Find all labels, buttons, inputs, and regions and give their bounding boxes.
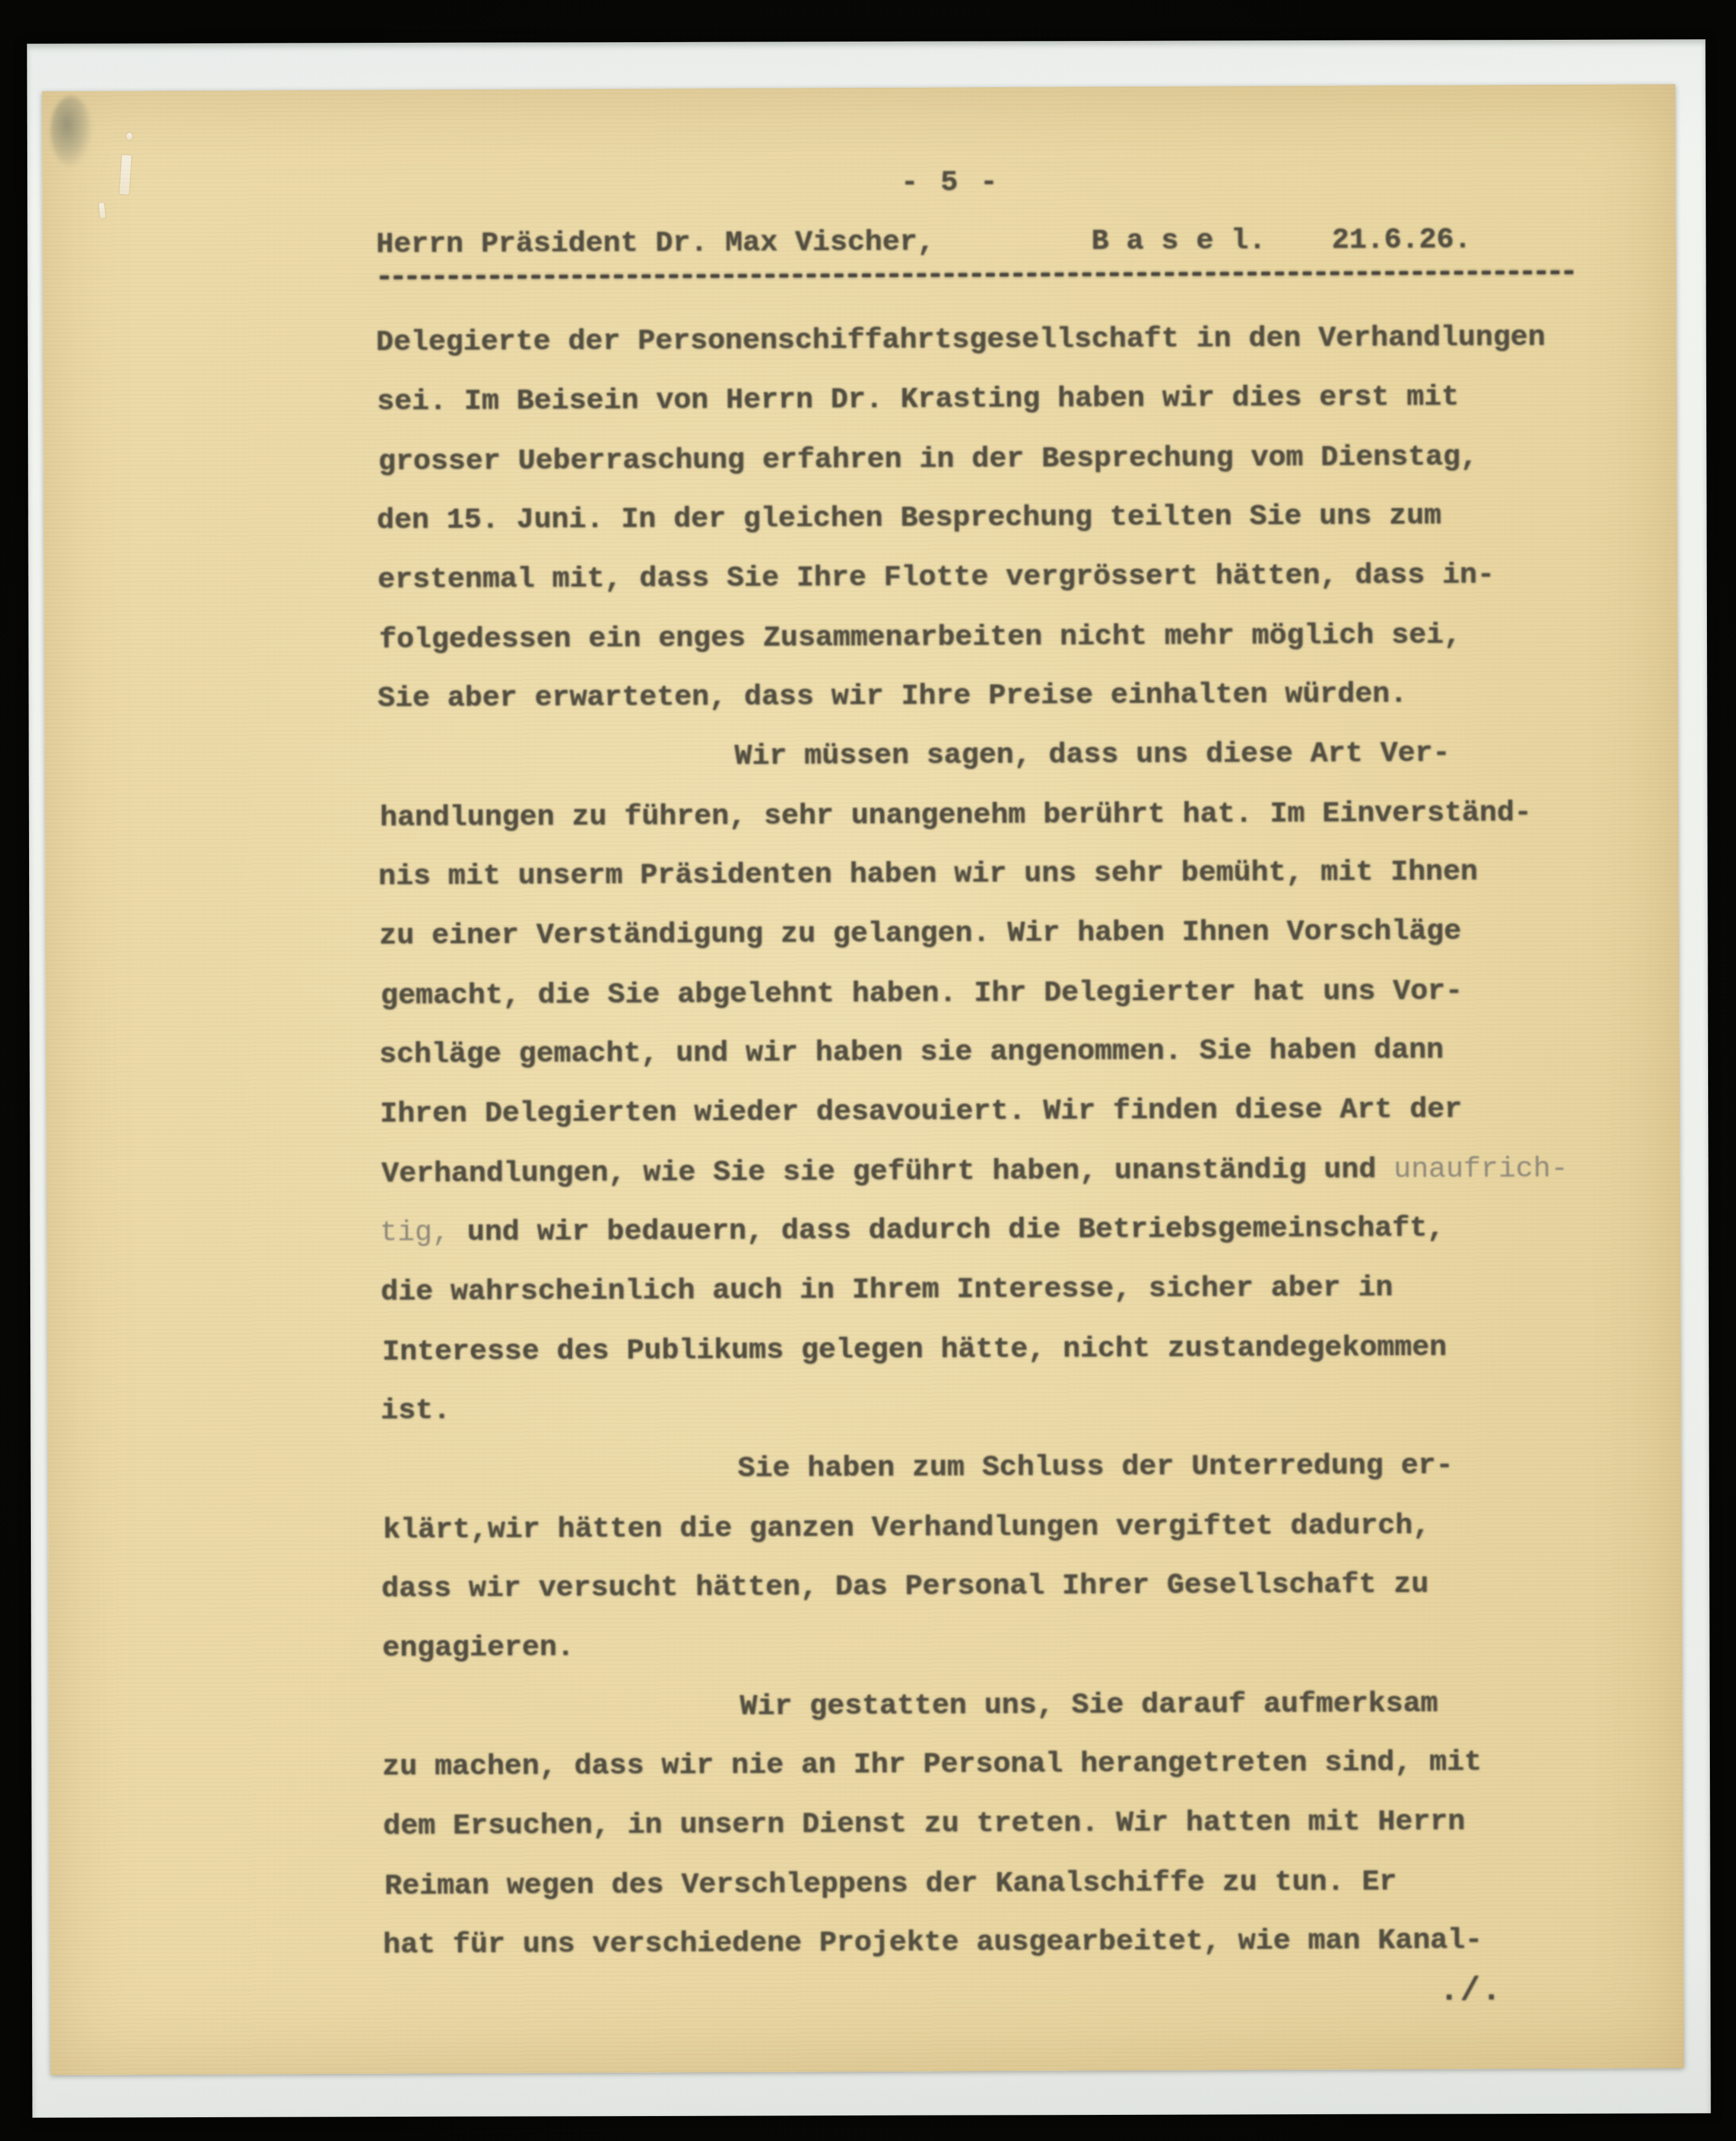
typewritten-line: dem Ersuchen, in unsern Dienst zu treten… (383, 1804, 1683, 1869)
typewritten-line: nis mit unserm Präsidenten haben wir uns… (378, 854, 1678, 919)
letter-page: - 5 - Herrn Präsident Dr. Max Vischer, B… (42, 84, 1684, 2075)
typed-text: gemacht, die Sie abgelehnt haben. Ihr De… (380, 975, 1462, 1013)
typed-text: engagieren. (382, 1631, 575, 1664)
typed-text: dass wir versucht hätten, Das Personal I… (382, 1568, 1429, 1606)
typed-text: den 15. Juni. In der gleichen Besprechun… (377, 499, 1442, 537)
typewritten-line: den 15. Juni. In der gleichen Besprechun… (377, 498, 1677, 563)
typewritten-line: zu einer Verständigung zu gelangen. Wir … (379, 914, 1679, 979)
scan-background: - 5 - Herrn Präsident Dr. Max Vischer, B… (0, 0, 1736, 2141)
typewritten-line: gemacht, die Sie abgelehnt haben. Ihr De… (380, 973, 1680, 1039)
faint-typed-text: tig, (380, 1216, 450, 1249)
typewritten-line: tig, und wir bedauern, dass dadurch die … (380, 1210, 1680, 1276)
typed-text: Verhandlungen, wie Sie sie geführt haben… (382, 1153, 1394, 1190)
typed-text: schläge gemacht, und wir haben sie angen… (379, 1033, 1444, 1071)
typewritten-line: schläge gemacht, und wir haben sie angen… (379, 1032, 1679, 1098)
typed-text: folgedessen ein enges Zusammenarbeiten n… (379, 618, 1461, 656)
typewritten-line: Verhandlungen, wie Sie sie geführt haben… (382, 1152, 1681, 1217)
typewritten-line: grosser Ueberraschung erfahren in der Be… (378, 439, 1678, 505)
typewritten-line: erstenmal mit, dass Sie Ihre Flotte verg… (377, 557, 1677, 623)
typewritten-line: engagieren. (382, 1626, 1682, 1691)
typewritten-line: Delegierte der Personenschiffahrtsgesell… (376, 320, 1675, 385)
typewritten-line: sei. Im Beisein von Herrn Dr. Krasting h… (377, 379, 1677, 445)
faint-typed-text: unaufrich- (1394, 1152, 1568, 1186)
typed-text: klärt,wir hätten die ganzen Verhandlunge… (383, 1509, 1430, 1547)
typed-text: ist. (380, 1394, 450, 1428)
letter-body: Delegierte der Personenschiffahrtsgesell… (42, 84, 1684, 2075)
typed-text: grosser Ueberraschung erfahren in der Be… (378, 440, 1478, 478)
typewritten-line: zu machen, dass wir nie an Ihr Personal … (382, 1744, 1682, 1810)
typewritten-line: Reiman wegen des Verschleppens der Kanal… (385, 1864, 1684, 1929)
typewritten-line: ist. (380, 1388, 1680, 1454)
typewritten-line: handlungen zu führen, sehr unangenehm be… (380, 795, 1680, 861)
typed-text: Reiman wegen des Verschleppens der Kanal… (385, 1865, 1397, 1902)
typed-text: und wir bedauern, dass dadurch die Betri… (450, 1211, 1445, 1249)
typewritten-line: Sie aber erwarteten, dass wir Ihre Preis… (377, 676, 1677, 741)
typewritten-line: Ihren Delegierten wieder desavouiert. Wi… (380, 1092, 1680, 1157)
typed-text: Wir müssen sagen, dass uns diese Art Ver… (734, 737, 1450, 773)
typewritten-line: Interesse des Publikums gelegen hätte, n… (382, 1330, 1682, 1395)
typewritten-line: Wir gestatten uns, Sie darauf aufmerksam (383, 1684, 1736, 1750)
typed-text: die wahrscheinlich auch in Ihrem Interes… (380, 1271, 1393, 1308)
typewritten-line: folgedessen ein enges Zusammenarbeiten n… (379, 617, 1679, 683)
typewritten-line: klärt,wir hätten die ganzen Verhandlunge… (383, 1508, 1683, 1573)
typed-text: hat für uns verschiedene Projekte ausgea… (383, 1923, 1483, 1961)
typed-text: Ihren Delegierten wieder desavouiert. Wi… (380, 1093, 1462, 1131)
typewritten-line: Sie haben zum Schluss der Unterredung er… (382, 1446, 1736, 1512)
typewritten-line: Wir müssen sagen, dass uns diese Art Ver… (379, 734, 1736, 800)
typed-text: handlungen zu führen, sehr unangenehm be… (380, 796, 1532, 834)
typed-text: zu einer Verständigung zu gelangen. Wir … (379, 915, 1461, 953)
typed-text: Sie aber erwarteten, dass wir Ihre Preis… (377, 677, 1407, 715)
typed-text: dem Ersuchen, in unsern Dienst zu treten… (383, 1805, 1465, 1843)
typed-text: Delegierte der Personenschiffahrtsgesell… (376, 321, 1545, 359)
typewritten-line: die wahrscheinlich auch in Ihrem Interes… (380, 1270, 1680, 1335)
continuation-mark: ./. (1439, 1971, 1503, 2009)
typed-text: sei. Im Beisein von Herrn Dr. Krasting h… (377, 380, 1459, 418)
typed-text: Wir gestatten uns, Sie darauf aufmerksam (740, 1687, 1437, 1723)
typed-text: Sie haben zum Schluss der Unterredung er… (738, 1449, 1453, 1485)
typed-text: nis mit unserm Präsidenten haben wir uns… (378, 855, 1478, 893)
typed-text: erstenmal mit, dass Sie Ihre Flotte verg… (377, 558, 1494, 596)
typed-text: zu machen, dass wir nie an Ihr Personal … (382, 1745, 1482, 1783)
typewritten-line: dass wir versucht hätten, Das Personal I… (382, 1566, 1681, 1632)
typed-text: Interesse des Publikums gelegen hätte, n… (382, 1331, 1447, 1369)
